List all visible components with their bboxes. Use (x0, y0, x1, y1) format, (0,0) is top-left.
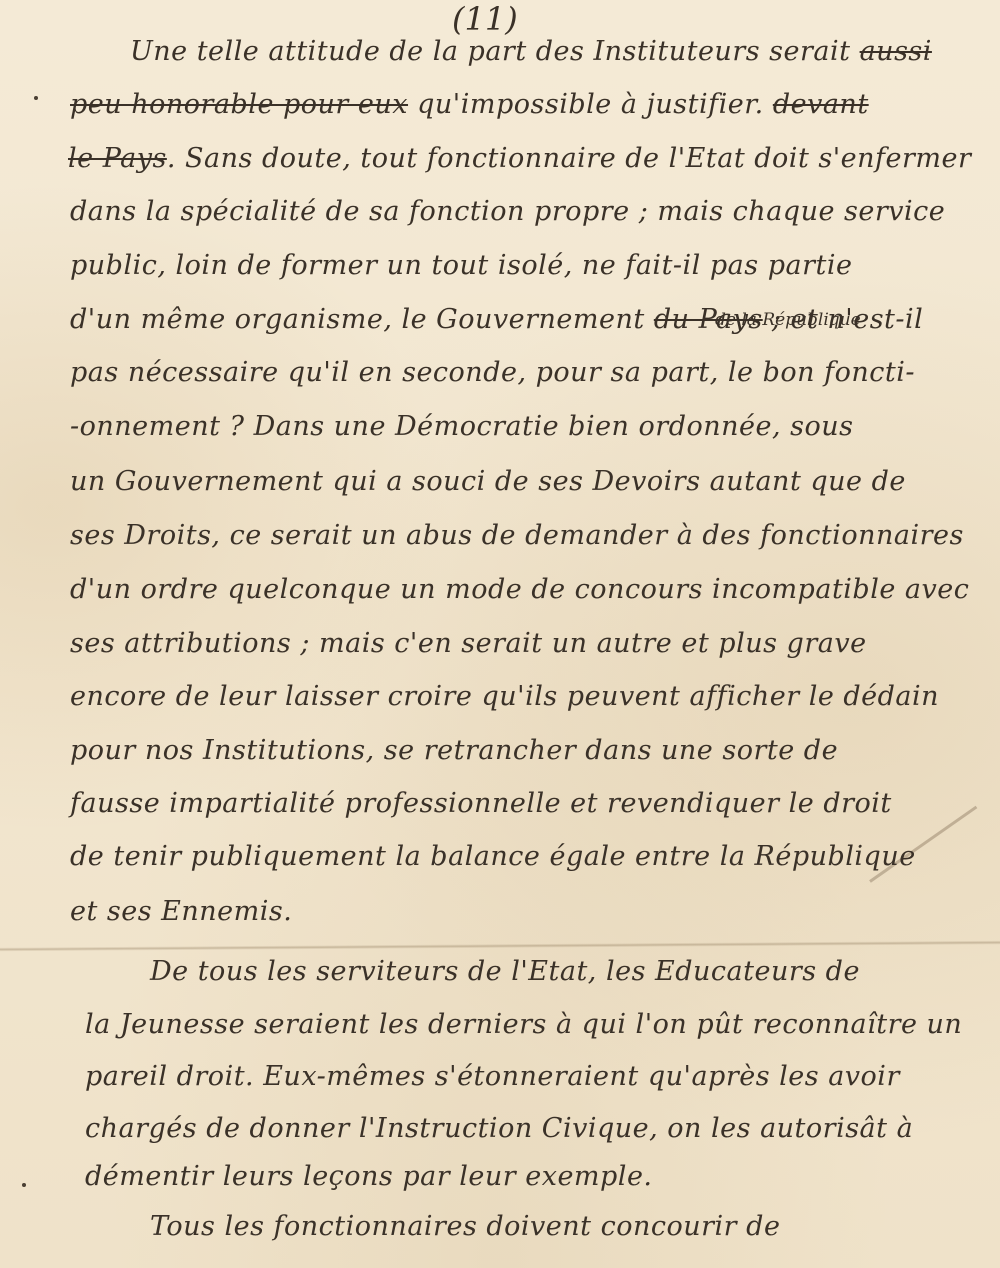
line-text: public, loin de former un tout isolé, ne… (70, 250, 852, 281)
manuscript-line: De tous les serviteurs de l'Etat, les Ed… (150, 956, 860, 987)
interlinear-insertion: de la République (715, 310, 861, 330)
manuscript-line: un Gouvernement qui a souci de ses Devoi… (70, 466, 906, 497)
line-text: ses Droits, ce serait un abus de demande… (70, 520, 964, 551)
manuscript-line: et ses Ennemis. (70, 896, 292, 927)
struck-text: aussi (860, 36, 932, 67)
line-text: De tous les serviteurs de l'Etat, les Ed… (150, 956, 860, 987)
manuscript-line: d'un ordre quelconque un mode de concour… (70, 574, 969, 605)
manuscript-line: le Pays. Sans doute, tout fonctionnaire … (68, 143, 971, 174)
manuscript-line: pas nécessaire qu'il en seconde, pour sa… (70, 357, 915, 388)
manuscript-line: ses attributions ; mais c'en serait un a… (70, 628, 867, 659)
ink-dot (22, 1183, 26, 1187)
struck-text: peu honorable pour eux (70, 89, 408, 120)
manuscript-line: pour nos Institutions, se retrancher dan… (70, 735, 838, 766)
line-text: d'un même organisme, le Gouvernement (70, 304, 654, 335)
manuscript-line: démentir leurs leçons par leur exemple. (85, 1161, 653, 1192)
line-text: pareil droit. Eux-mêmes s'étonneraient q… (85, 1061, 900, 1092)
line-text: Une telle attitude de la part des Instit… (130, 36, 860, 67)
manuscript-line: fausse impartialité professionnelle et r… (70, 788, 892, 819)
line-text: Tous les fonctionnaires doivent concouri… (150, 1211, 780, 1242)
line-text: un Gouvernement qui a souci de ses Devoi… (70, 466, 906, 497)
manuscript-line: peu honorable pour eux qu'impossible à j… (70, 89, 869, 120)
line-text: . Sans doute, tout fonctionnaire de l'Et… (167, 143, 972, 174)
line-text: pour nos Institutions, se retrancher dan… (70, 735, 838, 766)
manuscript-line: Tous les fonctionnaires doivent concouri… (150, 1211, 780, 1242)
manuscript-line: public, loin de former un tout isolé, ne… (70, 250, 852, 281)
line-text: dans la spécialité de sa fonction propre… (70, 196, 945, 227)
line-text: et ses Ennemis. (70, 896, 292, 927)
line-text: fausse impartialité professionnelle et r… (70, 788, 892, 819)
line-text: qu'impossible à justifier. (408, 89, 773, 120)
line-text: pas nécessaire qu'il en seconde, pour sa… (70, 357, 915, 388)
manuscript-line: Une telle attitude de la part des Instit… (130, 36, 932, 67)
line-text: démentir leurs leçons par leur exemple. (85, 1161, 653, 1192)
line-text: chargés de donner l'Instruction Civique,… (85, 1113, 913, 1144)
line-text: ses attributions ; mais c'en serait un a… (70, 628, 867, 659)
manuscript-line: de tenir publiquement la balance égale e… (70, 841, 916, 872)
manuscript-line: pareil droit. Eux-mêmes s'étonneraient q… (85, 1061, 900, 1092)
manuscript-line: ses Droits, ce serait un abus de demande… (70, 520, 964, 551)
line-text: -onnement ? Dans une Démocratie bien ord… (70, 411, 854, 442)
line-text: encore de leur laisser croire qu'ils peu… (70, 681, 939, 712)
page-number: (11) (452, 0, 518, 38)
line-text: d'un ordre quelconque un mode de concour… (70, 574, 969, 605)
manuscript-line: dans la spécialité de sa fonction propre… (70, 196, 945, 227)
struck-text: devant (773, 89, 869, 120)
manuscript-line: chargés de donner l'Instruction Civique,… (85, 1113, 913, 1144)
ink-dot (34, 96, 38, 100)
line-text: la Jeunesse seraient les derniers à qui … (85, 1009, 962, 1040)
struck-text: le Pays (68, 143, 167, 174)
manuscript-line: encore de leur laisser croire qu'ils peu… (70, 681, 939, 712)
line-text: de tenir publiquement la balance égale e… (70, 841, 916, 872)
manuscript-line: -onnement ? Dans une Démocratie bien ord… (70, 411, 854, 442)
manuscript-line: la Jeunesse seraient les derniers à qui … (85, 1009, 962, 1040)
